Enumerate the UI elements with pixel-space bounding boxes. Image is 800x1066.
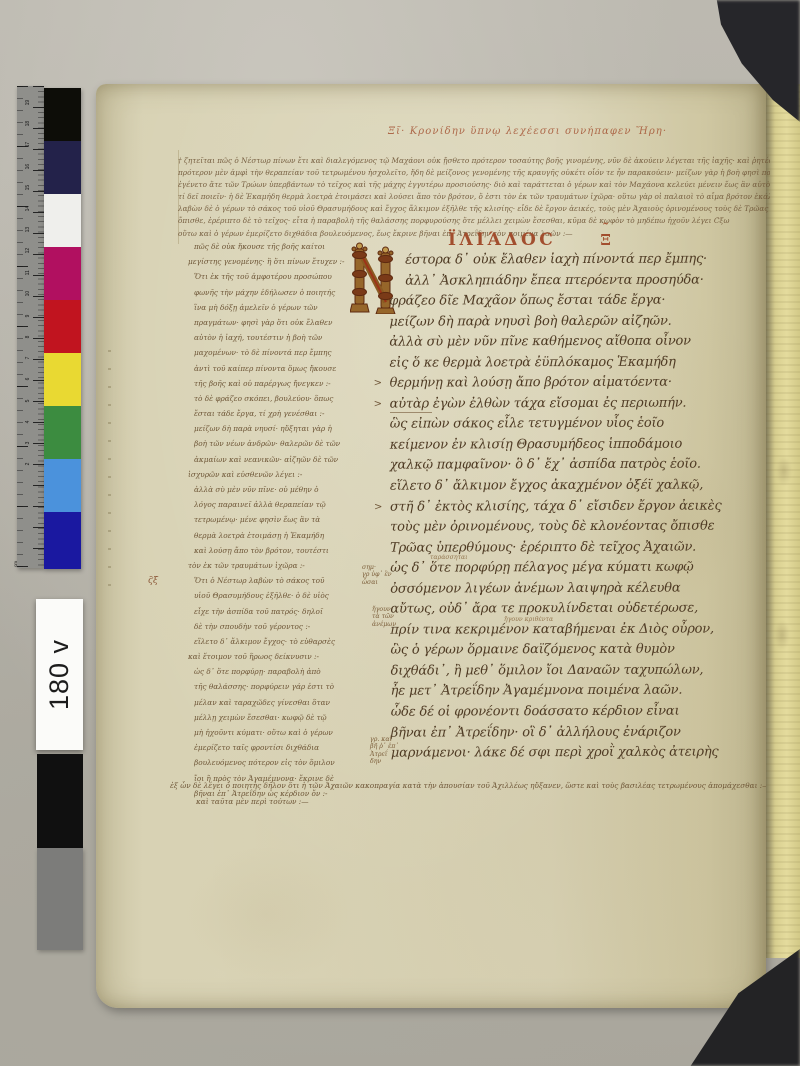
color-swatch — [44, 194, 81, 247]
folio-label: 180 v — [36, 599, 83, 750]
margin-note: γρ. καὶβῆ ῥ᾽ ἐπ᾽Ἀτρεΐδην — [370, 736, 398, 766]
fore-edge-smudge — [776, 456, 792, 486]
verse-line: ἦε μετ᾽ Ἀτρεΐδην Ἀγαμέμνονα ποιμένα λαῶν… — [391, 683, 773, 705]
verse-text: Τρῶας ὑπερθύμους· ἐρέριπτο δὲ τεῖχος Ἀχα… — [390, 539, 696, 555]
verse-line: > στῆ δ᾽ ἐκτὸς κλισίης, τάχα δ᾽ εἴσιδεν … — [390, 498, 772, 520]
verse-text: ὣς ὁ γέρων ὅρμαινε δαϊζόμενος κατὰ θυμὸν — [390, 642, 674, 658]
scholia-line: μείζων δὴ παρὰ νηυσί· ηὔξηται γὰρ ἡ — [194, 424, 394, 439]
color-swatch — [44, 141, 81, 194]
margin-note-line: τὰ τῶν — [372, 613, 396, 620]
quire-mark: ϛ̄ξ̄ — [148, 576, 158, 586]
verse-line: εἰς ὅ κε θερμὰ λοετρὰ ἐϋπλόκαμος Ἑκαμήδη — [389, 354, 771, 376]
bottom-scholia-line: καὶ ταῦτα μὲν περὶ τούτων :— — [196, 797, 309, 806]
folio-number: 180 v — [44, 639, 75, 710]
scholia-line: πῶς δὲ οὐκ ἤκουσε τῆς βοῆς καίτοι — [194, 242, 394, 257]
verse-line: ὣς εἰπὼν σάκος εἷλε τετυγμένον υἷος ἑοῖο — [390, 416, 772, 438]
scholia-line: πρότερον μὲν ἀμφὶ τὴν θεραπείαν τοῦ τετρ… — [178, 168, 770, 180]
margin-note-line: σημ· — [362, 564, 392, 571]
margin-note-line: βῆ ῥ᾽ ἐπ᾽ — [370, 743, 398, 750]
verse-line: ἀλλὰ σὺ μὲν νῦν πῖνε καθήμενος αἴθοπα οἶ… — [389, 334, 771, 356]
scholia-line: ἰσχυρῶν καὶ εὐσθενῶν λέγει :- — [188, 470, 394, 485]
scholia-line: θερμὰ λοετρὰ ἑτοιμάσῃ ἡ Ἑκαμήδη — [194, 531, 394, 546]
verse-text: αὔτως, οὐδ᾽ ἄρα τε προκυλίνδεται οὐδετέρ… — [390, 601, 698, 617]
color-swatch — [44, 353, 81, 406]
book-heading: ΪΛΙΆΔΟϹΞ — [448, 230, 688, 250]
verse-text: στῆ δ᾽ ἐκτὸς κλισίης, τάχα δ᾽ εἴσιδεν ἔρ… — [390, 498, 722, 514]
color-swatch — [44, 88, 81, 141]
scholia-line: ἀντὶ τοῦ καίπερ πίνοντα ὅμως ἤκουσε — [194, 364, 394, 379]
verse-line: > αὐτὰρ ἐγὼν ἐλθὼν τάχα εἴσομαι ἐς περιω… — [390, 395, 772, 417]
scholia-line: αὐτὸν ἡ ἰαχή, τουτέστιν ἡ βοὴ τῶν — [194, 333, 394, 348]
scholia-line: τετρωμένῳ· μένε φησὶν ἕως ἂν τὰ — [194, 515, 394, 530]
verse-text: έστορα δ᾽ οὐκ ἔλαθεν ἰαχὴ πίνοντά περ ἔμ… — [405, 252, 707, 268]
scholia-line: ἵνα μὴ δόξῃ ἀμελεῖν ὁ γέρων τῶν — [194, 303, 394, 318]
verse-text: διχθάδι᾽, ἢ μεθ᾽ ὅμιλον ἴοι Δαναῶν ταχυπ… — [391, 663, 704, 679]
scholia-line: τὸ δὲ φράζεο σκόπει, βουλεύου· ὅπως — [194, 394, 394, 409]
interlinear-gloss: ταράσσηται — [430, 554, 468, 561]
ruler-numbers-right: 1918171615141312111098765432 — [33, 92, 39, 473]
color-swatch — [44, 512, 81, 569]
verse-text: αὐτὰρ ἐγὼν ἐλθὼν τάχα εἴσομαι ἐς περιωπή… — [390, 395, 687, 411]
scholia-line: ἀλλὰ σὺ μὲν νῦν πῖνε· οὐ μέθην ὁ — [194, 485, 394, 500]
verse-line: έστορα δ᾽ οὐκ ἔλαθεν ἰαχὴ πίνοντά περ ἔμ… — [389, 251, 771, 273]
margin-note-line: γρ ὑφ᾽ ἓν — [362, 571, 392, 578]
book-numeral: Ξ — [600, 231, 611, 249]
verse-column: έστορα δ᾽ οὐκ ἔλαθεν ἰαχὴ πίνοντά περ ἔμ… — [389, 251, 773, 766]
prick-marks — [108, 350, 111, 590]
scholia-line: μέλαν καὶ ταραχῶδες γίνεσθαι ὅταν — [194, 698, 394, 713]
book-rubric: Ξῖ· Κρονίδην ὕπνῳ λεχέεσσι συνήπαφεν Ἥρη… — [388, 126, 748, 137]
scholia-line: μέλλῃ χειμὼν ἔσεσθαι· κωφῷ δὲ τῷ — [194, 713, 394, 728]
color-swatch — [44, 406, 81, 459]
ruler-unit-label: cm — [13, 561, 18, 567]
verse-text: φράζεο δῖε Μαχᾶον ὅπως ἔσται τάδε ἔργα· — [389, 293, 665, 309]
verse-line: κείμενον ἐν κλισίῃ Θρασυμήδεος ἱπποδάμοι… — [390, 436, 772, 458]
margin-note: σημ·γρ ὑφ᾽ ἓνὦσαι — [362, 564, 392, 586]
verse-text: θερμήνῃ καὶ λούσῃ ἄπο βρότον αἱματόεντα· — [390, 375, 672, 391]
scholia-line: ἀκμαίων καὶ νεανικῶν· αἰζηῶν δὲ τῶν — [194, 455, 394, 470]
verse-text: ὀσσόμενον λιγέων ἀνέμων λαιψηρὰ κέλευθα — [390, 580, 680, 596]
margin-note-line: δην — [370, 758, 398, 765]
scholia-line: Ὅτι ἐκ τῆς τοῦ ἀμφοτέρου προσώπου — [194, 272, 394, 287]
verse-line: εἵλετο δ᾽ ἄλκιμον ἔγχος ἀκαχμένον ὀξέϊ χ… — [390, 477, 772, 499]
margin-note-line: ἤγουν — [372, 606, 396, 613]
scholia-line: πραγμάτων· φησὶ γὰρ ὅτι οὐκ ἔλαθεν — [194, 318, 394, 333]
verse-line: αὔτως, οὐδ᾽ ἄρα τε προκυλίνδεται οὐδετέρ… — [390, 601, 772, 623]
scholia-line: λόγος παραινεῖ ἀλλὰ θεραπείαν τῷ — [194, 500, 394, 515]
verse-text: ἀλλ᾽ Ἀσκληπιάδην ἔπεα πτερόεντα προσηύδα… — [405, 272, 704, 288]
scholia-line: εἵλετο δ᾽ ἄλκιμον ἔγχος· τὸ εὐθαρσὲς — [194, 637, 394, 652]
scholia-line: ἔσται τάδε ἔργα, τί χρὴ γενέσθαι :- — [194, 409, 394, 424]
verse-text: κείμενον ἐν κλισίῃ Θρασυμήδεος ἱπποδάμοι… — [390, 437, 682, 453]
verse-text: χαλκῷ παμφαῖνον· ὃ δ᾽ ἔχ᾽ ἀσπίδα πατρὸς … — [390, 457, 701, 473]
scholia-line: εἶχε τὴν ἀσπίδα τοῦ πατρός· δηλοῖ — [194, 607, 394, 622]
scholia-line: ἐμερίζετο ταῖς φροντίσι διχθάδια — [194, 743, 394, 758]
scholia-line: φωνῆς τὴν μάχην ἐδήλωσεν ὁ ποιητής — [194, 288, 394, 303]
margin-note-line: ἀνέμων — [372, 621, 396, 628]
scholia-line: τῆς βοῆς καὶ οὐ παρέργως ἤνεγκεν :- — [194, 379, 394, 394]
verse-line: ἀλλ᾽ Ἀσκληπιάδην ἔπεα πτερόεντα προσηύδα… — [389, 272, 771, 294]
fore-edge-smudge — [774, 620, 790, 650]
scholia-line: ὄπισθε, ἐρέριπτο δὲ τὸ τεῖχος· εἶτα ἡ πα… — [178, 216, 770, 228]
verse-text: τοὺς μὲν ὀρινομένους, τοὺς δὲ κλονέοντας… — [390, 519, 714, 535]
top-scholia-block: † ζητεῖται πῶς ὁ Νέστωρ πίνων ἔτι καὶ δι… — [178, 156, 770, 241]
scholia-line: ἐγένετο ἅτε τῶν Τρώων ὑπερβάντων τὸ τεῖχ… — [178, 180, 770, 192]
verse-line: διχθάδι᾽, ἢ μεθ᾽ ὅμιλον ἴοι Δαναῶν ταχυπ… — [391, 662, 773, 684]
bottom-scholia-line: ἐξ ὧν δὲ λέγει ὁ ποιητὴς δῆλον ὅτι ἡ τῶν… — [170, 781, 766, 790]
scholia-line: βοὴ τῶν νέων ἀνδρῶν· θαλερῶν δὲ τῶν — [194, 439, 394, 454]
parchment-stain — [176, 844, 356, 984]
verse-line: βῆναι ἐπ᾽ Ἀτρεΐδην· οἳ δ᾽ ἀλλήλους ἐνάρι… — [391, 724, 773, 746]
scholia-line: βουλευόμενος πότερον εἰς τὸν ὅμιλον — [194, 758, 394, 773]
color-swatch — [44, 459, 81, 512]
scholia-line: δὲ τὴν σπουδὴν τοῦ γέροντος :- — [194, 622, 394, 637]
photograph-background: Ξῖ· Κρονίδην ὕπνῳ λεχέεσσι συνήπαφεν Ἥρη… — [0, 0, 800, 1066]
scholia-line: υἱοῦ Θρασυμήδους ἐξῆλθε· ὁ δὲ υἱὸς — [194, 591, 394, 606]
scholia-line: καὶ ἕτοιμον τοῦ ἥρωος δείκνυσιν :- — [188, 652, 394, 667]
verse-line: ὧδε δέ οἱ φρονέοντι δοάσσατο κέρδιον εἶν… — [391, 703, 773, 725]
verse-line: ὡς δ᾽ ὅτε πορφύρῃ πέλαγος μέγα κύματι κω… — [390, 560, 772, 582]
verse-text: ὧδε δέ οἱ φρονέοντι δοάσσατο κέρδιον εἶν… — [391, 704, 680, 720]
margin-note: ἤγουντὰ τῶνἀνέμων — [372, 606, 396, 628]
ink-underline — [390, 412, 432, 413]
verse-text: μείζων δὴ παρὰ νηυσὶ βοὴ θαλερῶν αἰζηῶν. — [389, 313, 671, 329]
margin-note-line: γρ. καὶ — [370, 736, 398, 743]
scholia-line: τί δεῖ ποιεῖν· ἡ δὲ Ἑκαμήδη θερμὰ λοετρὰ… — [178, 192, 770, 204]
verse-text: ὡς δ᾽ ὅτε πορφύρῃ πέλαγος μέγα κύματι κω… — [390, 560, 693, 576]
scholia-line: τῆς θαλάσσης· πορφύρειν γάρ ἐστι τὸ — [194, 682, 394, 697]
verse-line: > θερμήνῃ καὶ λούσῃ ἄπο βρότον αἱματόεντ… — [390, 375, 772, 397]
grayscale-patches — [37, 754, 83, 950]
verse-text: εἰς ὅ κε θερμὰ λοετρὰ ἐϋπλόκαμος Ἑκαμήδη — [389, 354, 675, 370]
scholia-line: ὡς δ᾽ ὅτε πορφύρῃ· παραβολὴ ἀπὸ — [194, 667, 394, 682]
verse-text: πρίν τινα κεκριμένον καταβήμεναι ἐκ Διὸς… — [390, 621, 714, 637]
verse-line: μείζων δὴ παρὰ νηυσὶ βοὴ θαλερῶν αἰζηῶν. — [389, 313, 771, 335]
verse-line: μαρνάμενοι· λάκε δέ σφι περὶ χροῒ χαλκὸς… — [391, 744, 773, 766]
verse-line: ὀσσόμενον λιγέων ἀνέμων λαιψηρὰ κέλευθα — [390, 580, 772, 602]
verse-line: πρίν τινα κεκριμένον καταβήμεναι ἐκ Διὸς… — [390, 621, 772, 643]
margin-note-line: ὦσαι — [362, 579, 392, 586]
left-scholia-column: πῶς δὲ οὐκ ἤκουσε τῆς βοῆς καίτοιμεγίστη… — [194, 242, 394, 804]
grayscale-patch — [37, 848, 83, 950]
color-swatch — [44, 247, 81, 300]
calibration-ruler: 87654321 1918171615141312111098765432 cm — [17, 86, 44, 568]
verse-line: φράζεο δῖε Μαχᾶον ὅπως ἔσται τάδε ἔργα· — [389, 292, 771, 314]
interlinear-gloss: ἤγουν κριθέντα — [504, 616, 553, 623]
color-swatch — [44, 300, 81, 353]
scholia-line: καὶ λούσῃ ἄπο τὸν βρότον, τουτέστι — [194, 546, 394, 561]
scholia-line: μαχομένων· τὸ δὲ πίνοντά περ ἔμπης — [194, 348, 394, 363]
margin-note-line: Ἀτρεΐ — [370, 751, 398, 758]
verse-text: ὣς εἰπὼν σάκος εἷλε τετυγμένον υἷος ἑοῖο — [390, 416, 664, 432]
scholia-line: μεγίστης γενομένης· ἢ ὅτι πίνων ἔτυχεν :… — [188, 257, 394, 272]
verse-text: ἀλλὰ σὺ μὲν νῦν πῖνε καθήμενος αἴθοπα οἶ… — [389, 334, 691, 350]
color-calibration-bar — [44, 88, 81, 569]
verse-text: βῆναι ἐπ᾽ Ἀτρεΐδην· οἳ δ᾽ ἀλλήλους ἐνάρι… — [391, 724, 681, 740]
scholia-line: λαβὼν δὲ ὁ γέρων τὸ σάκος τοῦ υἱοῦ Θρασυ… — [178, 204, 770, 216]
verse-text: εἵλετο δ᾽ ἄλκιμον ἔγχος ἀκαχμένον ὀξέϊ χ… — [390, 478, 703, 494]
verse-line: τοὺς μὲν ὀρινομένους, τοὺς δὲ κλονέοντας… — [390, 518, 772, 540]
grayscale-patch — [37, 754, 83, 848]
scholia-line: † ζητεῖται πῶς ὁ Νέστωρ πίνων ἔτι καὶ δι… — [178, 156, 770, 168]
ruler-numbers-left: 87654321 — [23, 88, 26, 568]
scholia-line: μὴ ἠχοῦντι κύματι· οὕτω καὶ ὁ γέρων — [194, 728, 394, 743]
book-title: ΪΛΙΆΔΟϹ — [448, 230, 556, 250]
verse-text: ἦε μετ᾽ Ἀτρεΐδην Ἀγαμέμνονα ποιμένα λαῶν… — [391, 683, 683, 699]
verse-line: ὣς ὁ γέρων ὅρμαινε δαϊζόμενος κατὰ θυμὸν — [390, 642, 772, 664]
verse-line: χαλκῷ παμφαῖνον· ὃ δ᾽ ἔχ᾽ ἀσπίδα πατρὸς … — [390, 457, 772, 479]
manuscript-page: Ξῖ· Κρονίδην ὕπνῳ λεχέεσσι συνήπαφεν Ἥρη… — [96, 84, 766, 1008]
verse-text: μαρνάμενοι· λάκε δέ σφι περὶ χροῒ χαλκὸς… — [391, 745, 719, 761]
